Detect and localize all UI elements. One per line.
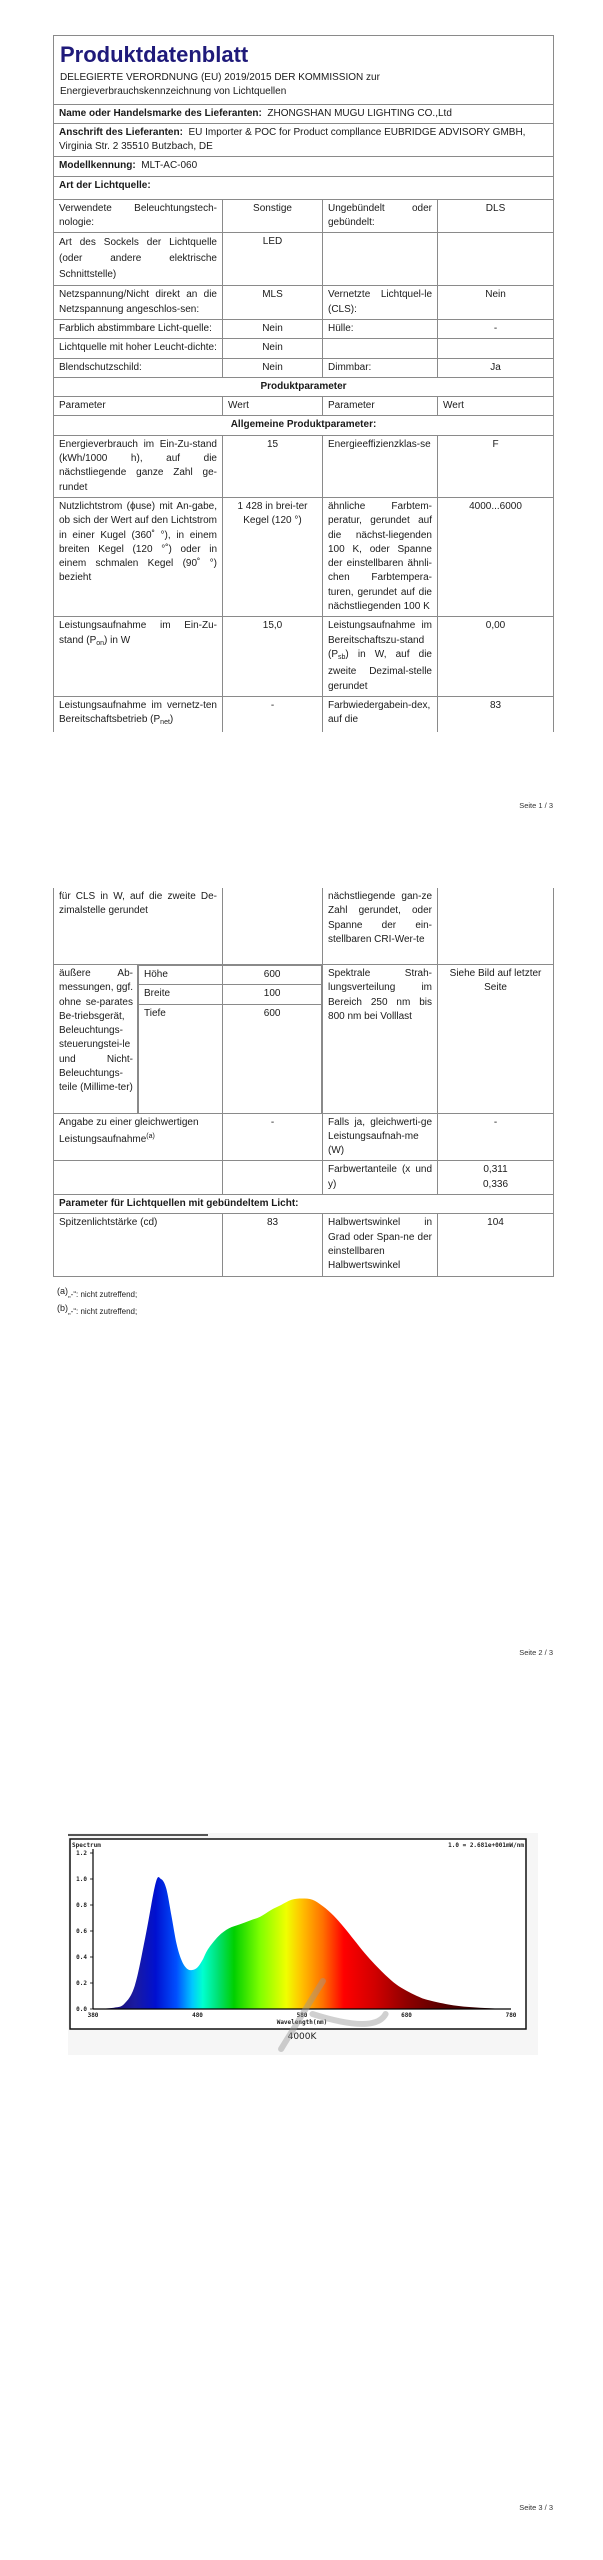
- peak-intensity-label: Spitzenlichtstärke (cd): [54, 1214, 223, 1276]
- regulation-line-1: DELEGIERTE VERORDNUNG (EU) 2019/2015 DER…: [60, 71, 547, 85]
- equivalent-power-label: Falls ja, gleichwerti-ge Leistungsaufnah…: [323, 1113, 438, 1161]
- param-label: Verwendete Beleuchtungstech-nologie:: [54, 199, 223, 233]
- general-params-heading: Allgemeine Produktparameter:: [54, 416, 554, 435]
- dimension-row: Breite 100: [139, 985, 322, 1004]
- directional-params-heading: Parameter für Lichtquellen mit gebündelt…: [54, 1195, 554, 1214]
- param-label: Netzspannung/Nicht direkt an die Netzspa…: [54, 286, 223, 320]
- dimension-name: Tiefe: [139, 1004, 223, 1113]
- chromaticity-label: Farbwertanteile (x und y): [323, 1161, 438, 1195]
- datasheet-table-page2: für CLS in W, auf die zweite De-zimalste…: [53, 888, 554, 1277]
- product-params-heading: Produktparameter: [54, 377, 554, 396]
- table-row: Netzspannung/Nicht direkt an die Netzspa…: [54, 286, 554, 320]
- table-row: Energieverbrauch im Ein-Zu-stand (kWh/10…: [54, 435, 554, 497]
- param-value: Nein: [223, 319, 323, 338]
- svg-text:780: 780: [506, 2012, 517, 2019]
- energy-consumption-value: 15: [223, 435, 323, 497]
- dimension-value: 600: [223, 1004, 322, 1113]
- chromaticity-x: 0,311: [443, 1163, 548, 1177]
- param-value: LED: [223, 233, 323, 286]
- supplier-address-label: Anschrift des Lieferanten:: [59, 127, 183, 138]
- table-row: Nutzlichtstrom (ϕuse) mit An-gabe, ob si…: [54, 497, 554, 616]
- svg-text:680: 680: [401, 2012, 412, 2019]
- table-row: Spitzenlichtstärke (cd) 83 Halbwertswink…: [54, 1214, 554, 1276]
- table-row: Leistungsaufnahme im vernetz-ten Bereits…: [54, 696, 554, 732]
- svg-text:0.8: 0.8: [76, 1902, 87, 1909]
- table-row: Leistungsaufnahme im Ein-Zu-stand (Pon) …: [54, 617, 554, 696]
- model-row: Modellkennung: MLT-AC-060: [54, 157, 554, 176]
- param-label: Blendschutzschild:: [54, 358, 223, 377]
- power-standby-label: Leistungsaufnahme im Bereitschaftszu-sta…: [323, 617, 438, 696]
- power-standby-value: 0,00: [438, 617, 554, 696]
- supplier-address-row: Anschrift des Lieferanten: EU Importer &…: [54, 123, 554, 157]
- model-value: MLT-AC-060: [141, 160, 197, 171]
- beam-angle-label: Halbwertswinkel in Grad oder Span-ne der…: [323, 1214, 438, 1276]
- efficiency-class-label: Energieeffizienzklas-se: [323, 435, 438, 497]
- table-row: für CLS in W, auf die zweite De-zimalste…: [54, 888, 554, 965]
- svg-text:0.6: 0.6: [76, 1928, 87, 1935]
- supplier-name-label: Name oder Handelsmarke des Lieferanten:: [59, 108, 262, 119]
- dimension-value: 100: [223, 985, 322, 1004]
- dimension-name: Höhe: [139, 966, 223, 985]
- param-label: [323, 339, 438, 358]
- table-row: Farblich abstimmbare Licht-quelle: Nein …: [54, 319, 554, 338]
- equivalent-power-value: -: [438, 1113, 554, 1161]
- param-label: Hülle:: [323, 319, 438, 338]
- svg-text:0.0: 0.0: [76, 2006, 87, 2013]
- supplier-name-row: Name oder Handelsmarke des Lieferanten: …: [54, 104, 554, 123]
- peak-intensity-value: 83: [223, 1214, 323, 1276]
- column-header-parameter: Parameter: [54, 397, 223, 416]
- beam-angle-value: 104: [438, 1214, 554, 1276]
- svg-text:380: 380: [88, 2012, 99, 2019]
- page-number: Seite 3 / 3: [519, 2503, 553, 2512]
- svg-text:Spectrum: Spectrum: [72, 1842, 101, 1849]
- dimensions-label: äußere Ab-messungen, ggf. ohne se-parate…: [54, 965, 138, 1114]
- power-network-label-continued: für CLS in W, auf die zweite De-zimalste…: [54, 888, 223, 965]
- table-row: Farbwertanteile (x und y) 0,311 0,336: [54, 1161, 554, 1195]
- param-label: Dimmbar:: [323, 358, 438, 377]
- param-value: Sonstige: [223, 199, 323, 233]
- power-on-value: 15,0: [223, 617, 323, 696]
- cri-label: Farbwiedergabein-dex, auf die: [323, 696, 438, 732]
- svg-text:1.0: 1.0: [76, 1876, 87, 1883]
- column-header-parameter: Parameter: [323, 397, 438, 416]
- cct-label: ähnliche Farbtem-peratur, gerundet auf d…: [323, 497, 438, 616]
- spectrum-chart: 0.00.20.40.60.81.01.2380480580680780Spec…: [68, 1833, 538, 2055]
- cri-value: 83: [438, 696, 554, 732]
- page-number: Seite 2 / 3: [519, 1648, 553, 1657]
- param-value: Nein: [438, 286, 554, 320]
- table-row: äußere Ab-messungen, ggf. ohne se-parate…: [54, 965, 554, 1114]
- param-label: Art des Sockels der Lichtquelle (oder an…: [54, 233, 223, 286]
- luminous-flux-label: Nutzlichtstrom (ϕuse) mit An-gabe, ob si…: [54, 497, 223, 616]
- svg-text:1.2: 1.2: [76, 1850, 87, 1857]
- param-label: Ungebündelt oder gebündelt:: [323, 199, 438, 233]
- table-row: Angabe zu einer gleichwertigen Leistungs…: [54, 1113, 554, 1161]
- svg-text:0.2: 0.2: [76, 1980, 87, 1987]
- dimension-row: Höhe 600: [139, 966, 322, 985]
- param-value: DLS: [438, 199, 554, 233]
- dimension-row: Tiefe 600: [139, 1004, 322, 1113]
- footnote-a: (a)„-“: nicht zutreffend;: [57, 1286, 137, 1299]
- column-header-row: Parameter Wert Parameter Wert: [54, 397, 554, 416]
- equivalent-power-claim-label: Angabe zu einer gleichwertigen Leistungs…: [54, 1113, 223, 1161]
- page-title: Produktdatenblatt: [60, 38, 547, 69]
- datasheet-table-page1: Produktdatenblatt DELEGIERTE VERORDNUNG …: [53, 35, 554, 732]
- param-label: Farblich abstimmbare Licht-quelle:: [54, 319, 223, 338]
- param-label: [323, 233, 438, 286]
- svg-text:0.4: 0.4: [76, 1954, 87, 1961]
- param-label: Vernetzte Lichtquel-le (CLS):: [323, 286, 438, 320]
- param-value: [438, 339, 554, 358]
- footnote-b: (b)„-“: nicht zutreffend;: [57, 1303, 137, 1316]
- table-row: Blendschutzschild: Nein Dimmbar: Ja: [54, 358, 554, 377]
- spectrum-chart-svg: 0.00.20.40.60.81.01.2380480580680780Spec…: [68, 1833, 538, 2055]
- supplier-name-value: ZHONGSHAN MUGU LIGHTING CO.,Ltd: [267, 108, 451, 119]
- cct-value: 4000...6000: [438, 497, 554, 616]
- spectral-label: Spektrale Strah-lungsverteilung im Berei…: [323, 965, 438, 1114]
- svg-text:480: 480: [192, 2012, 203, 2019]
- model-label: Modellkennung:: [59, 160, 136, 171]
- param-value: Nein: [223, 339, 323, 358]
- chromaticity-values: 0,311 0,336: [438, 1161, 554, 1195]
- cri-label-continued: nächstliegende gan-ze Zahl gerundet, ode…: [323, 888, 438, 965]
- light-source-heading: Art der Lichtquelle:: [54, 176, 554, 199]
- dimension-name: Breite: [139, 985, 223, 1004]
- chromaticity-y: 0,336: [443, 1178, 548, 1192]
- dimensions-table: Höhe 600 Breite 100 Tiefe 600: [138, 965, 322, 1113]
- dimensions-cell: Höhe 600 Breite 100 Tiefe 600: [138, 965, 323, 1114]
- dimension-value: 600: [223, 966, 322, 985]
- param-label: Lichtquelle mit hoher Leucht-dichte:: [54, 339, 223, 358]
- page-number: Seite 1 / 3: [519, 801, 553, 810]
- column-header-value: Wert: [438, 397, 554, 416]
- param-value: MLS: [223, 286, 323, 320]
- table-row: Lichtquelle mit hoher Leucht-dichte: Nei…: [54, 339, 554, 358]
- column-header-value: Wert: [223, 397, 323, 416]
- regulation-line-2: Energieverbrauchskennzeichnung von Licht…: [60, 85, 547, 99]
- equivalent-power-claim-value: -: [223, 1113, 323, 1161]
- param-value: -: [438, 319, 554, 338]
- power-network-label: Leistungsaufnahme im vernetz-ten Bereits…: [54, 696, 223, 732]
- energy-consumption-label: Energieverbrauch im Ein-Zu-stand (kWh/10…: [54, 435, 223, 497]
- power-on-label: Leistungsaufnahme im Ein-Zu-stand (Pon) …: [54, 617, 223, 696]
- param-value: Nein: [223, 358, 323, 377]
- power-network-value: -: [223, 696, 323, 732]
- spectral-value: Siehe Bild auf letzter Seite: [438, 965, 554, 1114]
- table-row: Art des Sockels der Lichtquelle (oder an…: [54, 233, 554, 286]
- table-row: Verwendete Beleuchtungstech-nologie: Son…: [54, 199, 554, 233]
- luminous-flux-value: 1 428 in brei-ter Kegel (120 °): [223, 497, 323, 616]
- param-value: Ja: [438, 358, 554, 377]
- svg-text:1.0 = 2.681e+001mW/nm: 1.0 = 2.681e+001mW/nm: [448, 1842, 524, 1849]
- efficiency-class-value: F: [438, 435, 554, 497]
- param-value: [438, 233, 554, 286]
